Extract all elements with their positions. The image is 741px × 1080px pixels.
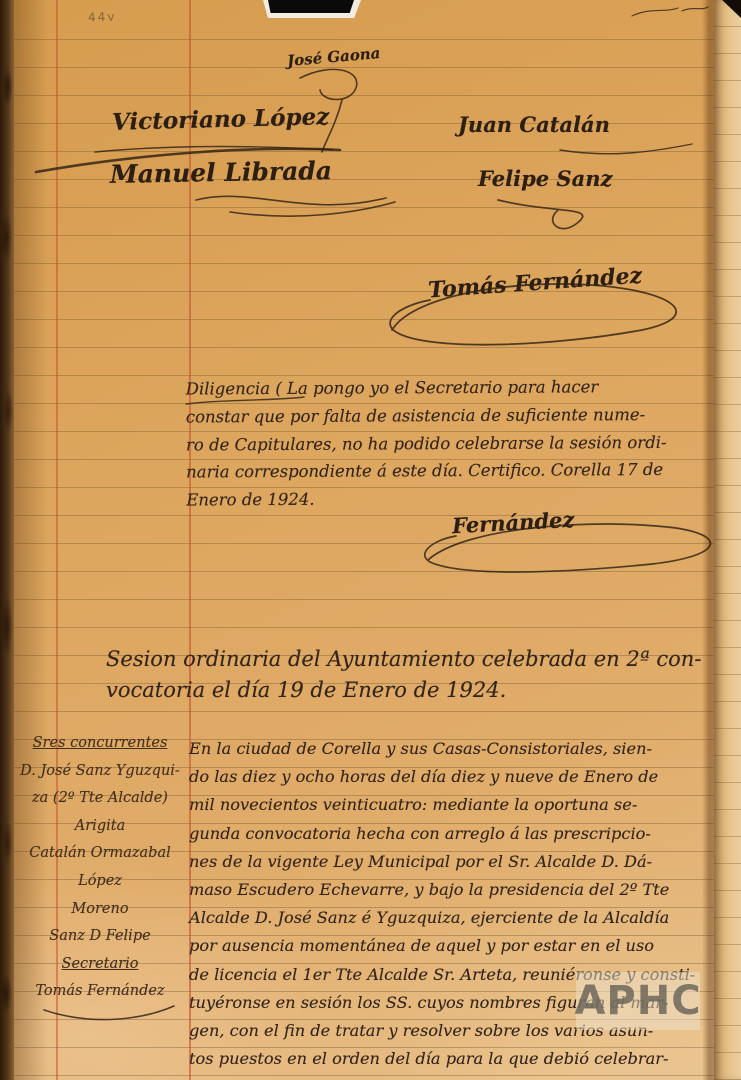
signature-diligencia: Fernández [451,507,574,538]
body-line: gunda convocatoria hecha con arreglo á l… [189,820,738,848]
attendees-title: Sres concurrentes [15,730,185,758]
body-line: nes de la vigente Ley Municipal por el S… [189,848,738,876]
margin-attendees-column: Sres concurrentes D. José Sanz Yguzqui- … [15,730,185,1006]
attendee-entry: Arigita [15,813,185,841]
folio-annotation: 44v [88,10,117,25]
signature-left-1: Victoriano López [112,103,330,136]
margin-signature-flourish [44,1006,174,1020]
body-line: mil novecientos veinticuatro: mediante l… [189,791,738,819]
body-line: En la ciudad de Corella y sus Casas-Cons… [189,735,738,763]
body-line: Alcalde D. José Sanz é Yguzquiza, ejerci… [189,904,738,932]
attendee-entry: D. José Sanz Yguzqui- [15,758,185,786]
manuscript-page: 44v José Gaona Victoriano López Manuel L… [0,0,741,1080]
signature-secretary-top: Tomás Fernández [427,263,643,304]
attendee-entry: Moreno [15,896,185,924]
diligencia-line: constar que por falta de asistencia de s… [186,400,738,431]
body-line: por ausencia momentánea de aquel y por e… [189,932,738,960]
bookmark-tab [268,0,354,13]
corner-scribble [632,7,708,16]
diligencia-paragraph: Diligencia ( La pongo yo el Secretario p… [186,373,739,515]
secretary-label: Secretario [15,951,185,979]
diligencia-line: Enero de 1924. [186,484,738,515]
body-line: tos puestos en el orden del día para la … [189,1045,738,1073]
session-heading-line: vocatoria el día 19 de Enero de 1924. [106,675,736,706]
thin-stroke-flourish [95,147,332,153]
diligencia-line: ro de Capitulares, no ha podido celebrar… [186,428,738,459]
attendee-entry: López [15,868,185,896]
session-heading: Sesion ordinaria del Ayuntamiento celebr… [106,644,736,706]
signature-right-flourish-1 [560,144,692,154]
diligencia-line: Diligencia ( La pongo yo el Secretario p… [186,373,738,404]
signature-paraph-small: José Gaona [286,44,381,70]
attendee-entry: za (2º Tte Alcalde) [15,785,185,813]
session-heading-line: Sesion ordinaria del Ayuntamiento celebr… [106,644,736,675]
body-line: maso Escudero Echevarre, y bajo la presi… [189,876,738,904]
signature-right-1: Juan Catalán [458,112,610,137]
diligencia-line: naria correspondiente á este día. Certif… [186,456,738,487]
signature-right-2: Felipe Sanz [478,166,612,191]
archive-watermark: APHC [576,972,700,1030]
body-line: do las diez y ocho horas del día diez y … [189,763,738,791]
signature-left-2: Manuel Librada [110,156,332,189]
signature-right-flourish-2 [498,200,583,229]
attendee-entry: Catalán Ormazabal [15,840,185,868]
signature-left-flourish [196,196,395,216]
binding-strip [0,0,14,1080]
secretary-name: Tomás Fernández [15,978,185,1006]
attendee-entry: Sanz D Felipe [15,923,185,951]
